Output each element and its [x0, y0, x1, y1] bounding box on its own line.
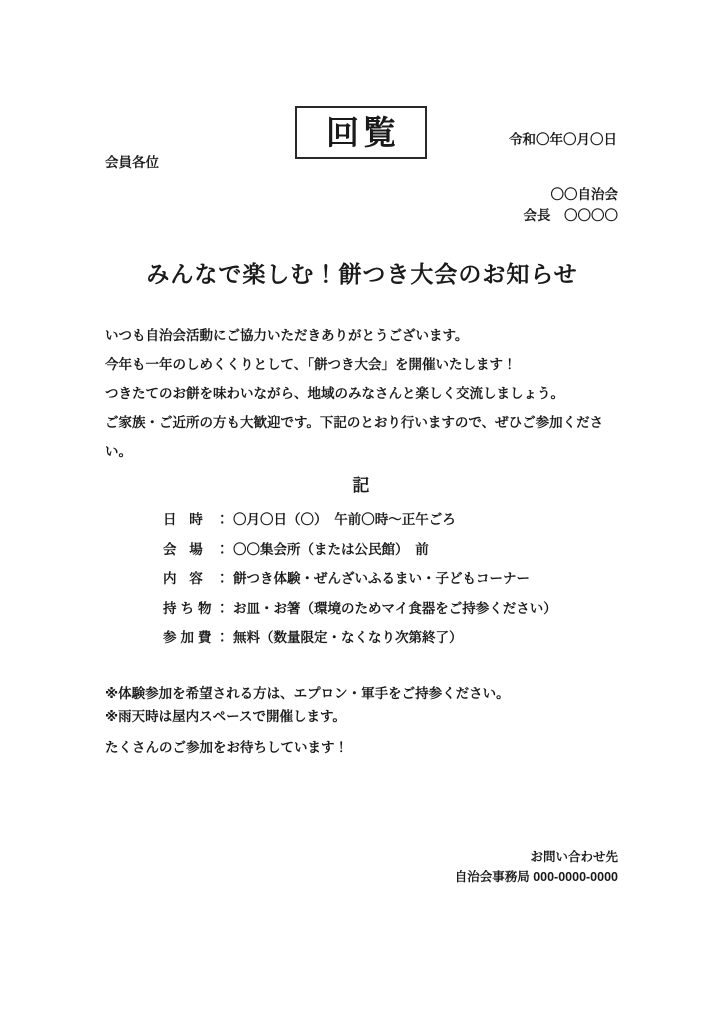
record-heading: 記 — [0, 471, 724, 496]
greeting-line: 今年も一年のしめくくりとして、「餅つき大会」を開催いたします！ — [105, 350, 625, 379]
greeting-line: ご家族・ご近所の方も大歓迎です。下記のとおり行いますので、ぜひご参加ください。 — [105, 408, 625, 466]
contact-block: お問い合わせ先 自治会事務局 000-0000-0000 — [455, 847, 618, 887]
note-line: ※体験参加を希望される方は、エプロン・軍手をご持参ください。 — [105, 683, 645, 706]
detail-label: 持ち物： — [163, 594, 229, 624]
detail-value: お皿・お箸（環境のためマイ食器をご持参ください） — [233, 594, 557, 624]
detail-row-contents: 内容： 餅つき体験・ぜんざいふるまい・子どもコーナー — [163, 564, 633, 594]
sender-block: 〇〇自治会 会長 〇〇〇〇 — [524, 184, 619, 226]
detail-label: 日時： — [163, 505, 229, 535]
detail-label: 会場： — [163, 535, 229, 565]
sender-association: 〇〇自治会 — [524, 184, 619, 205]
contact-line: 自治会事務局 000-0000-0000 — [455, 867, 618, 887]
detail-row-items-to-bring: 持ち物： お皿・お箸（環境のためマイ食器をご持参ください） — [163, 594, 633, 624]
notes-block: ※体験参加を希望される方は、エプロン・軍手をご持参ください。 ※雨天時は屋内スペ… — [105, 683, 645, 728]
detail-value: 餅つき体験・ぜんざいふるまい・子どもコーナー — [233, 564, 530, 594]
greeting-paragraphs: いつも自治会活動にご協力いただきありがとうございます。 今年も一年のしめくくりと… — [105, 321, 625, 466]
detail-value: 無料（数量限定・なくなり次第終了） — [233, 623, 463, 653]
recipient-line: 会員各位 — [105, 151, 159, 171]
event-details-list: 日時： 〇月〇日（〇） 午前〇時～正午ごろ 会場： 〇〇集会所（または公民館） … — [163, 505, 633, 653]
circular-stamp-label: 回覧 — [326, 116, 400, 149]
closing-line: たくさんのご参加をお待ちしています！ — [105, 736, 348, 756]
detail-label: 参加費： — [163, 623, 229, 653]
detail-value: 〇〇集会所（または公民館） 前 — [233, 535, 429, 565]
circular-stamp-box: 回覧 — [295, 106, 427, 159]
notice-title: みんなで楽しむ！餅つき大会のお知らせ — [0, 256, 724, 289]
detail-row-fee: 参加費： 無料（数量限定・なくなり次第終了） — [163, 623, 633, 653]
circular-notice-page: 回覧 令和〇年〇月〇日 会員各位 〇〇自治会 会長 〇〇〇〇 みんなで楽しむ！餅… — [0, 0, 724, 1024]
detail-value: 〇月〇日（〇） 午前〇時～正午ごろ — [233, 505, 456, 535]
sender-chairman: 会長 〇〇〇〇 — [524, 205, 619, 226]
detail-label: 内容： — [163, 564, 229, 594]
issue-date: 令和〇年〇月〇日 — [509, 128, 617, 148]
contact-heading: お問い合わせ先 — [455, 847, 618, 867]
greeting-line: いつも自治会活動にご協力いただきありがとうございます。 — [105, 321, 625, 350]
detail-row-datetime: 日時： 〇月〇日（〇） 午前〇時～正午ごろ — [163, 505, 633, 535]
greeting-line: つきたてのお餅を味わいながら、地域のみなさんと楽しく交流しましょう。 — [105, 379, 625, 408]
detail-row-venue: 会場： 〇〇集会所（または公民館） 前 — [163, 535, 633, 565]
note-line: ※雨天時は屋内スペースで開催します。 — [105, 706, 645, 729]
